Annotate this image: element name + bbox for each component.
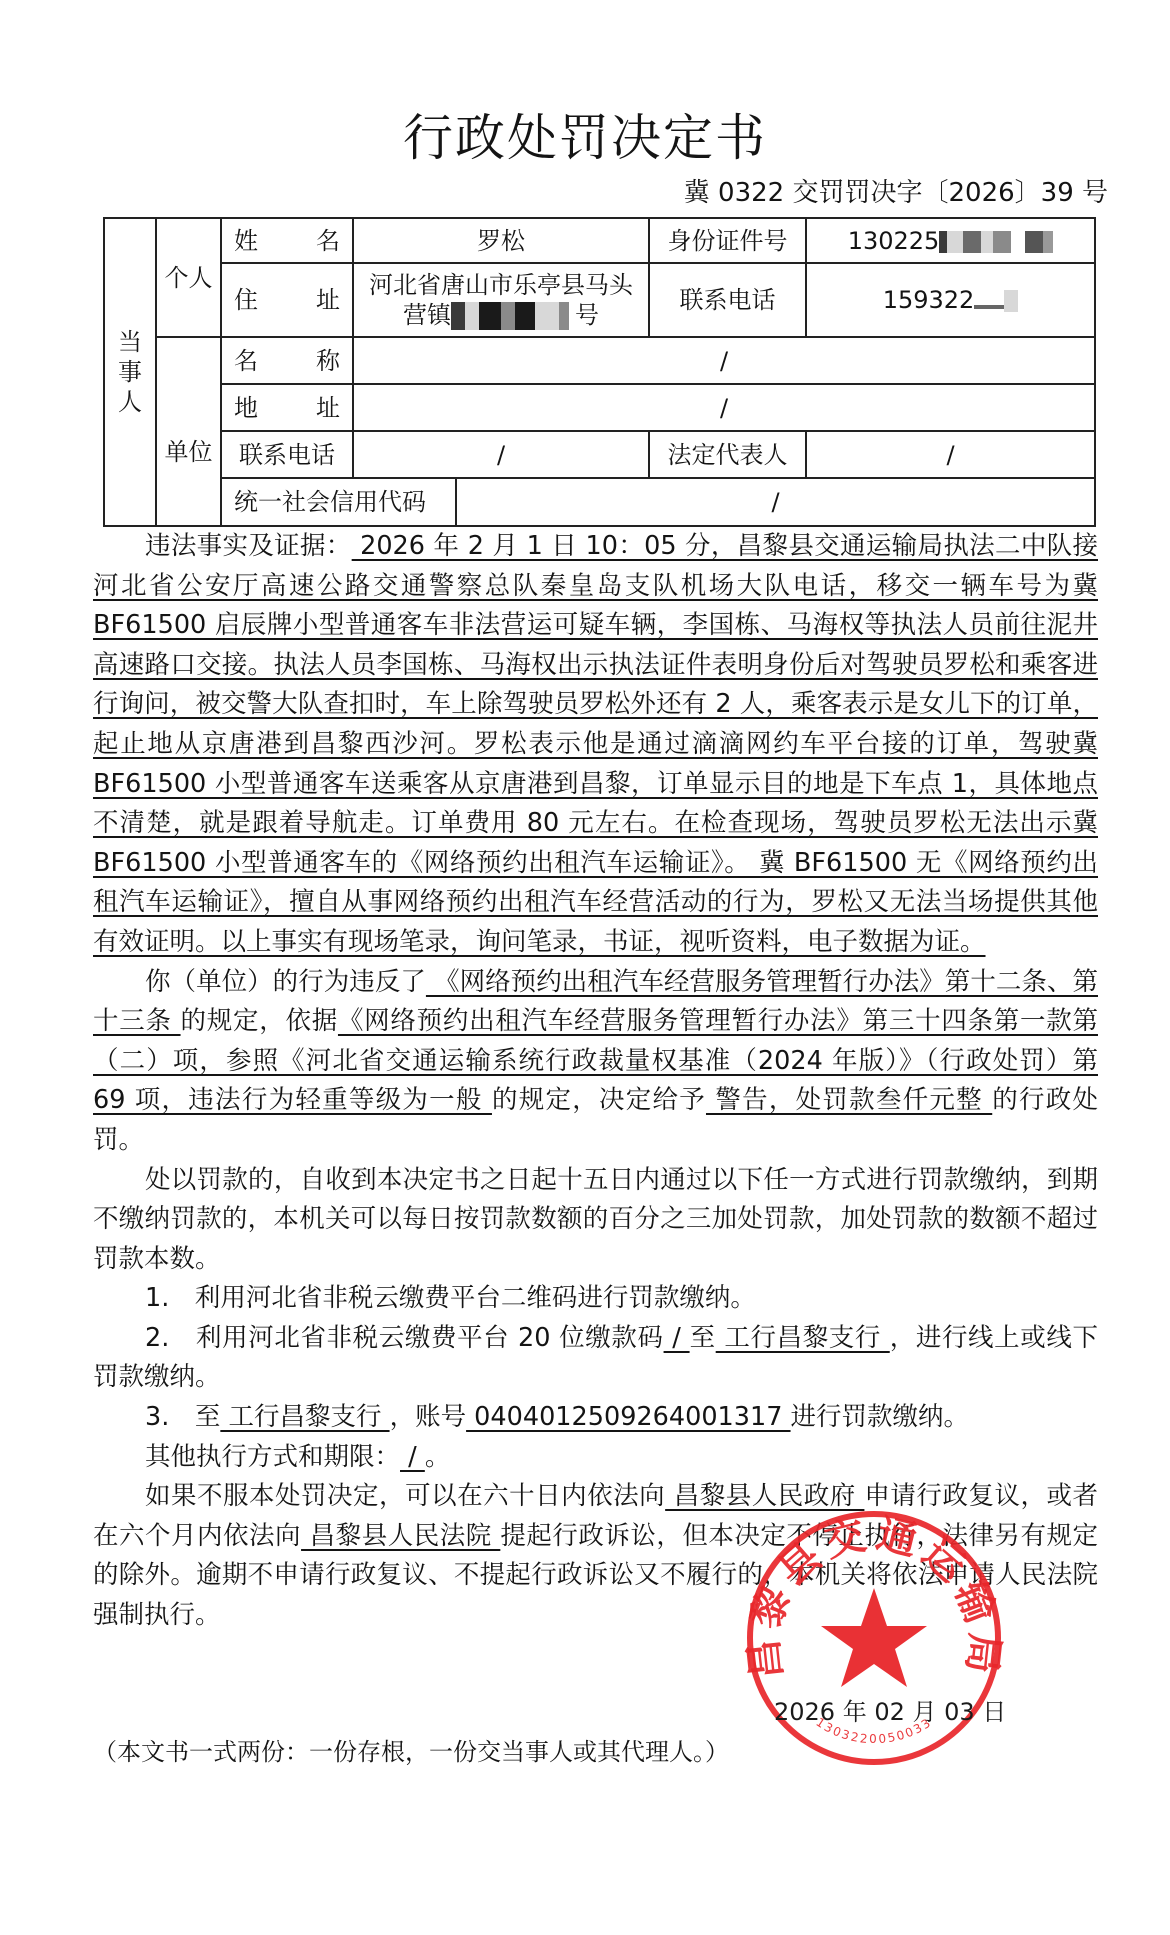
legal-rep-label: 法定代表人 — [649, 431, 806, 478]
payment-method-2: 2. 利用河北省非税云缴费平台 20 位缴款码 / 至 工行昌黎支行 ，进行线上… — [93, 1319, 1098, 1398]
org-name-label-cell: 名 称 — [221, 337, 353, 384]
redaction-block — [993, 231, 1011, 253]
organization-group-label: 单位 — [156, 337, 221, 526]
phone-value-cell: 159322 — [806, 263, 1095, 337]
redaction-block — [947, 231, 963, 253]
redaction-block — [1043, 231, 1053, 253]
court: 昌黎县人民法院 — [301, 1521, 500, 1551]
redaction-block — [981, 231, 993, 253]
method2-text: 2. 利用河北省非税云缴费平台 20 位缴款码 — [145, 1323, 664, 1353]
other-enforcement-value: / — [400, 1442, 425, 1472]
other-enforcement: 其他执行方式和期限： / 。 — [93, 1438, 1098, 1478]
bank-account: 0404012509264001317 — [466, 1402, 790, 1432]
decision-text: 你（单位）的行为违反了 — [145, 967, 426, 997]
redaction-block — [974, 305, 1004, 309]
address-line-2: 营镇号 — [354, 300, 648, 330]
org-name-label-char: 名 — [234, 346, 258, 376]
official-seal: 昌黎县交通运输局 1303220050033 — [740, 1508, 1008, 1768]
decision-paragraph: 你（单位）的行为违反了 《网络预约出租汽车经营服务管理暂行办法》第十二条、第十三… — [93, 963, 1098, 1161]
address-label-char: 住 — [234, 285, 258, 315]
redaction-block — [963, 231, 981, 253]
method2-text: 至 — [690, 1323, 716, 1353]
payment-intro: 处以罚款的，自收到本决定书之日起十五日内通过以下任一方式进行罚款缴纳，到期不缴纳… — [93, 1161, 1098, 1280]
penalty: 警告，处罚款叁仟元整 — [706, 1085, 992, 1115]
payment-method-1: 1. 利用河北省非税云缴费平台二维码进行罚款缴纳。 — [93, 1279, 1098, 1319]
redaction-block — [939, 231, 947, 253]
redaction-block — [451, 302, 465, 330]
star-icon — [821, 1588, 927, 1687]
org-address-value: / — [353, 384, 1095, 431]
method3-text: ，账号 — [390, 1402, 467, 1432]
phone-value: 159322 — [883, 286, 975, 314]
redaction-block — [1004, 290, 1018, 312]
review-body: 昌黎县人民政府 — [665, 1481, 864, 1511]
redaction-block — [515, 302, 535, 330]
other-enforcement-label: 其他执行方式和期限： — [145, 1442, 400, 1472]
method3-text: 进行罚款缴纳。 — [791, 1402, 970, 1432]
redaction-block — [1025, 231, 1043, 253]
payment-method-3: 3. 至 工行昌黎支行 ，账号 0404012509264001317 进行罚款… — [93, 1398, 1098, 1438]
facts-text: 2026 年 2 月 1 日 10：05 分，昌黎县交通运输局执法二中队接河北省… — [93, 531, 1098, 957]
id-label: 身份证件号 — [649, 218, 806, 263]
method3-text: 3. 至 — [145, 1402, 220, 1432]
footnote: （本文书一式两份：一份存根，一份交当事人或其代理人。） — [93, 1736, 729, 1768]
org-phone-value: / — [353, 431, 649, 478]
credit-code-label: 统一社会信用代码 — [221, 478, 456, 526]
name-label-char: 姓 — [234, 226, 258, 256]
org-phone-label: 联系电话 — [221, 431, 353, 478]
address-suffix: 号 — [575, 301, 599, 329]
party-info-table: 当事人 个人 姓 名 罗松 身份证件号 130225 住 址 河北省唐山市乐亭县… — [103, 217, 1096, 527]
org-address-label-char: 地 — [234, 393, 258, 423]
payment-code: / — [664, 1323, 690, 1353]
document-body: 违法事实及证据： 2026 年 2 月 1 日 10：05 分，昌黎县交通运输局… — [93, 527, 1098, 1636]
legal-rep-value: / — [806, 431, 1095, 478]
party-row-header-label: 当事人 — [108, 327, 152, 417]
payment-bank: 工行昌黎支行 — [220, 1402, 389, 1432]
name-label-cell: 姓 名 — [221, 218, 353, 263]
id-value: 130225 — [848, 227, 940, 255]
party-row-header: 当事人 — [104, 218, 156, 526]
facts-paragraph: 违法事实及证据： 2026 年 2 月 1 日 10：05 分，昌黎县交通运输局… — [93, 527, 1098, 963]
appeal-text: 如果不服本处罚决定，可以在六十日内依法向 — [145, 1481, 665, 1511]
org-name-label-char: 称 — [316, 346, 340, 376]
address-prefix: 营镇 — [403, 301, 451, 329]
payment-bank: 工行昌黎支行 — [716, 1323, 890, 1353]
redaction-block — [535, 302, 559, 330]
credit-code-value: / — [456, 478, 1095, 526]
phone-label: 联系电话 — [649, 263, 806, 337]
name-label-char: 名 — [316, 226, 340, 256]
redaction-block — [501, 302, 515, 330]
redaction-block — [465, 302, 479, 330]
address-label-char: 址 — [316, 285, 340, 315]
individual-group-label: 个人 — [156, 218, 221, 337]
facts-label: 违法事实及证据： — [145, 531, 352, 561]
org-address-label-cell: 地 址 — [221, 384, 353, 431]
name-value: 罗松 — [353, 218, 649, 263]
address-value-cell: 河北省唐山市乐亭县马头 营镇号 — [353, 263, 649, 337]
org-name-value: / — [353, 337, 1095, 384]
document-number: 冀 0322 交罚罚决字〔2026〕39 号 — [684, 176, 1108, 210]
document-title: 行政处罚决定书 — [0, 108, 1170, 168]
org-address-label-char: 址 — [316, 393, 340, 423]
decision-text: 的规定，决定给予 — [492, 1085, 706, 1115]
redaction-block — [479, 302, 501, 330]
decision-text: 的规定，依据 — [181, 1006, 338, 1036]
id-value-cell: 130225 — [806, 218, 1095, 263]
signature-date: 2026 年 02 月 03 日 — [774, 1697, 1006, 1727]
address-label-cell: 住 址 — [221, 263, 353, 337]
redaction-block — [1011, 231, 1025, 253]
address-line-1: 河北省唐山市乐亭县马头 — [354, 270, 648, 300]
redaction-block — [559, 302, 569, 330]
other-enforcement-end: 。 — [425, 1442, 451, 1472]
